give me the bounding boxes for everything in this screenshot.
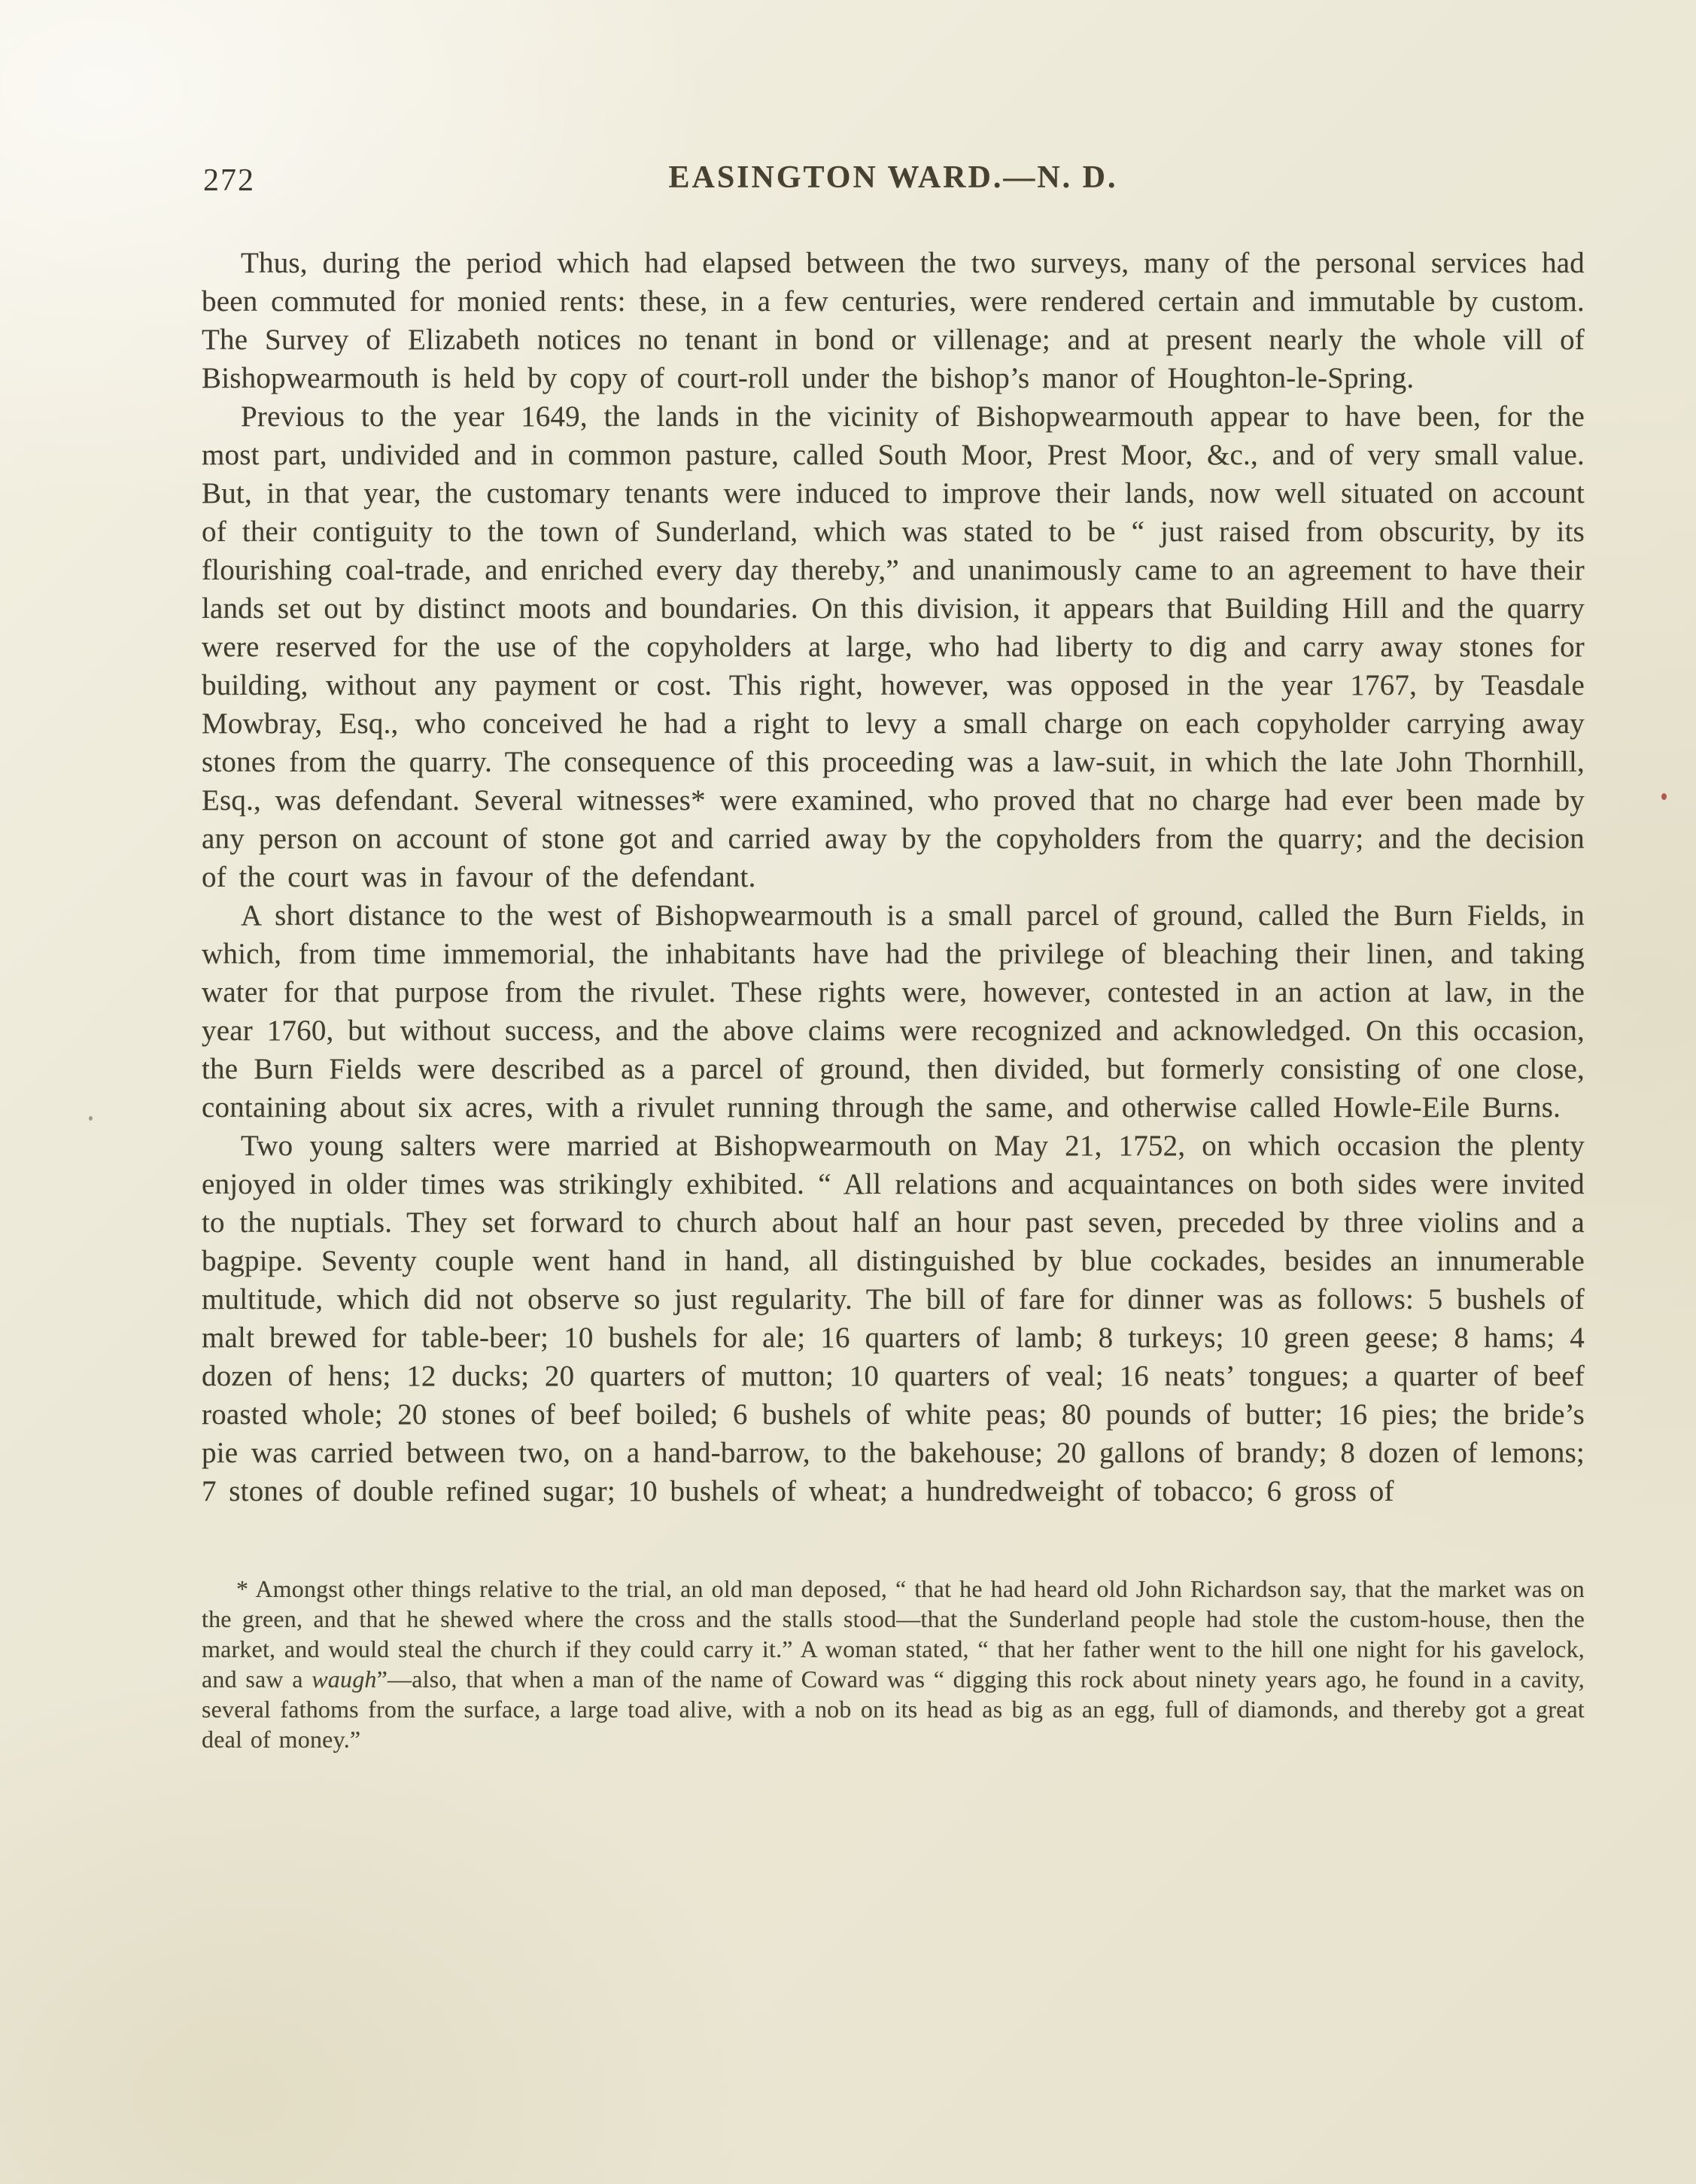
- red-ink-speck: [1661, 793, 1667, 800]
- body-text: Thus, during the period which had elapse…: [202, 244, 1585, 1510]
- paragraph-lands-1649-quarry-lawsuit: Previous to the year 1649, the lands in …: [202, 397, 1585, 896]
- paragraph-burn-fields: A short distance to the west of Bishopwe…: [202, 896, 1585, 1127]
- paragraph-salters-wedding: Two young salters were married at Bishop…: [202, 1127, 1585, 1510]
- footnote-text-part2: ”—also, that when a man of the name of C…: [202, 1665, 1585, 1753]
- footnote: * Amongst other things relative to the t…: [202, 1574, 1585, 1754]
- footnote-italic-word: waugh: [312, 1665, 376, 1693]
- page-number: 272: [203, 163, 255, 199]
- page-header: 272 EASINGTON WARD.—N. D.: [202, 160, 1585, 199]
- margin-ink-dot: [89, 1116, 93, 1121]
- scanned-book-page: 272 EASINGTON WARD.—N. D. Thus, during t…: [0, 0, 1696, 2184]
- text-column: 272 EASINGTON WARD.—N. D. Thus, during t…: [202, 0, 1585, 1754]
- paragraph-surveys-commuted-rents: Thus, during the period which had elapse…: [202, 244, 1585, 397]
- running-head: EASINGTON WARD.—N. D.: [202, 160, 1585, 196]
- footnote-marker: *: [236, 1575, 248, 1602]
